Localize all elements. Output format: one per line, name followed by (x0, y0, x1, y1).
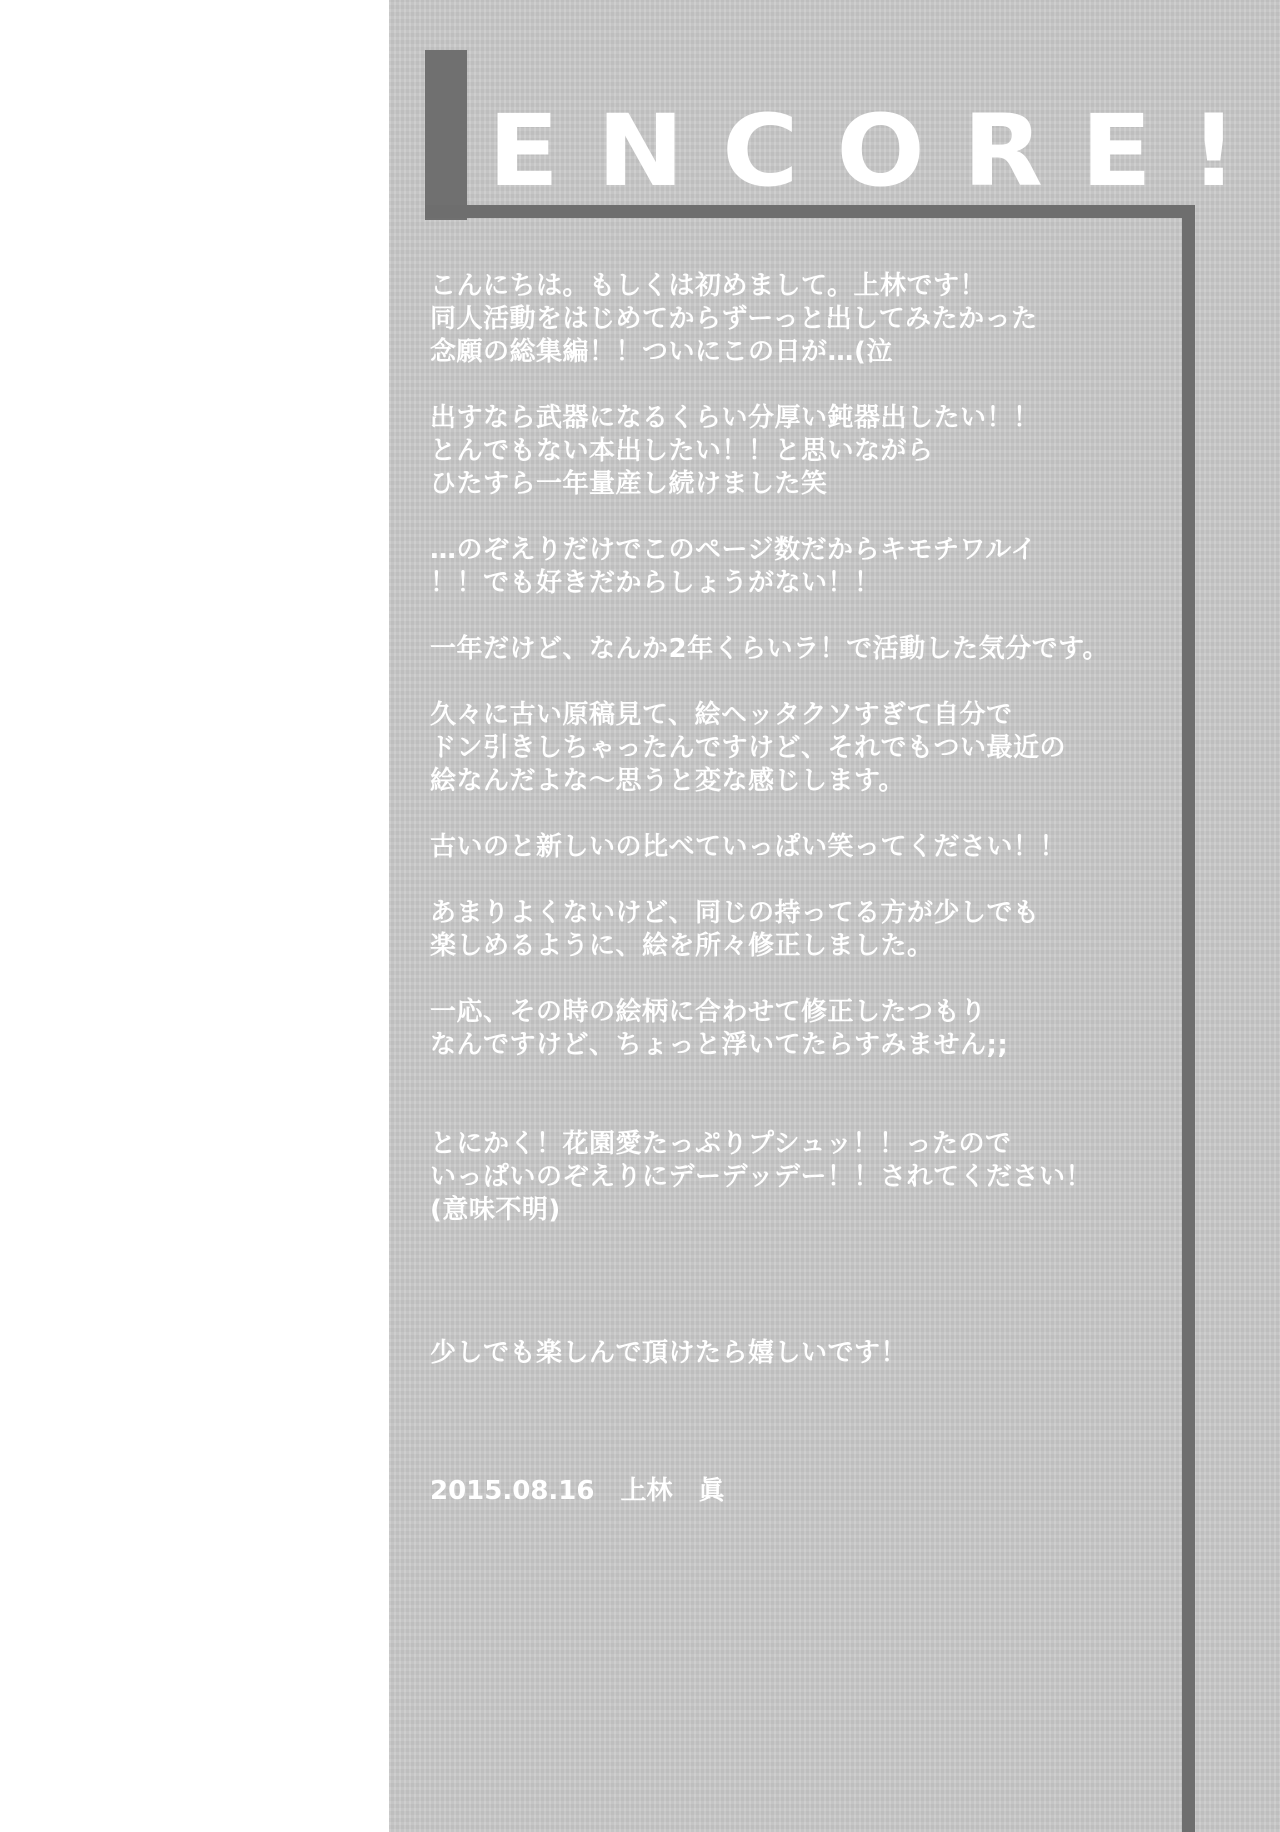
line: なんですけど、ちょっと浮いてたらすみません;; (430, 1029, 1190, 1062)
paragraph-5: 久々に古い原稿見て、絵ヘッタクソすぎて自分でドン引きしちゃったんですけど、それで… (430, 699, 1190, 798)
paragraph-6: 古いのと新しいの比べていっぱい笑ってください！！ (430, 831, 1190, 864)
frame-l-vertical-bar (425, 50, 467, 220)
line: ドン引きしちゃったんですけど、それでもつい最近の (430, 732, 1190, 765)
line: …のぞえりだけでこのページ数だからキモチワルイ (430, 534, 1190, 567)
line: 古いのと新しいの比べていっぱい笑ってください！！ (430, 831, 1190, 864)
signature: 2015.08.16 上林 眞 (430, 1470, 725, 1507)
line: 一年だけど、なんか2年くらいラ！で活動した気分です。 (430, 633, 1190, 666)
title-text: ENCORE! (488, 108, 1275, 194)
paragraph-10: 少しでも楽しんで頂けたら嬉しいです！ (430, 1337, 1190, 1370)
paragraph-4: 一年だけど、なんか2年くらいラ！で活動した気分です。 (430, 633, 1190, 666)
page-title: ENCORE! (488, 96, 1188, 196)
line: 少しでも楽しんで頂けたら嬉しいです！ (430, 1337, 1190, 1370)
paragraph-7: あまりよくないけど、同じの持ってる方が少しでも楽しめるように、絵を所々修正しまし… (430, 897, 1190, 963)
line: 一応、その時の絵柄に合わせて修正したつもり (430, 996, 1190, 1029)
paragraph-1: こんにちは。もしくは初めまして。上林です！同人活動をはじめてからずーっと出してみ… (430, 270, 1190, 369)
paragraph-9: とにかく！花園愛たっぷりプシュッ！！ったのでいっぱいのぞえりにデーデッデー！！さ… (430, 1128, 1190, 1227)
paragraph-8: 一応、その時の絵柄に合わせて修正したつもりなんですけど、ちょっと浮いてたらすみま… (430, 996, 1190, 1062)
line: 同人活動をはじめてからずーっと出してみたかった (430, 303, 1190, 336)
paragraph-3: …のぞえりだけでこのページ数だからキモチワルイ！！でも好きだからしょうがない！！ (430, 534, 1190, 600)
signature-date: 2015.08.16 (430, 1476, 594, 1506)
line: 出すなら武器になるくらい分厚い鈍器出したい！！ (430, 402, 1190, 435)
line: いっぱいのぞえりにデーデッデー！！されてください！ (430, 1161, 1190, 1194)
line: とにかく！花園愛たっぷりプシュッ！！ったので (430, 1128, 1190, 1161)
line: 絵なんだよな～思うと変な感じします。 (430, 765, 1190, 798)
line: 楽しめるように、絵を所々修正しました。 (430, 930, 1190, 963)
line: あまりよくないけど、同じの持ってる方が少しでも (430, 897, 1190, 930)
paragraph-2: 出すなら武器になるくらい分厚い鈍器出したい！！とんでもない本出したい！！と思いな… (430, 402, 1190, 501)
line: ！！でも好きだからしょうがない！！ (430, 567, 1190, 600)
afterword-body: こんにちは。もしくは初めまして。上林です！同人活動をはじめてからずーっと出してみ… (430, 270, 1190, 1403)
line: とんでもない本出したい！！と思いながら (430, 435, 1190, 468)
line: (意味不明) (430, 1194, 1190, 1227)
line: こんにちは。もしくは初めまして。上林です！ (430, 270, 1190, 303)
signature-author: 上林 眞 (621, 1476, 725, 1506)
line: 久々に古い原稿見て、絵ヘッタクソすぎて自分で (430, 699, 1190, 732)
line: ひたすら一年量産し続けました笑 (430, 468, 1190, 501)
line: 念願の総集編！！ついにこの日が…(泣 (430, 336, 1190, 369)
